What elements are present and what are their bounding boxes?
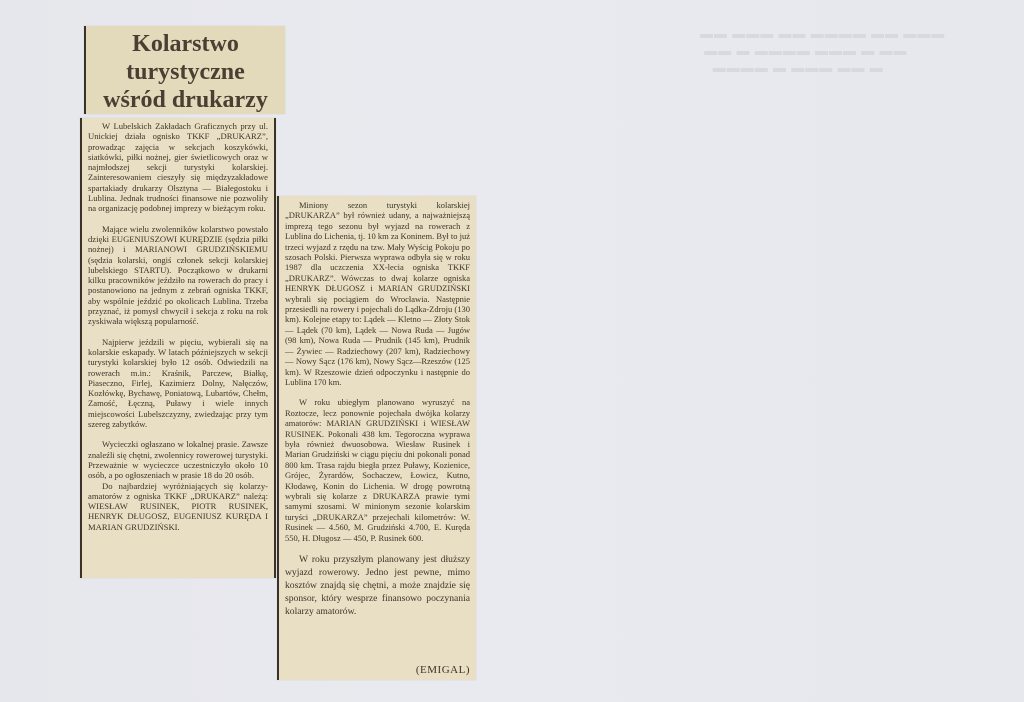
- paragraph: Wycieczki ogłaszano w lokalnej prasie. Z…: [88, 439, 268, 480]
- paragraph: W roku ubiegłym planowano wyruszyć na Ro…: [285, 397, 470, 543]
- article-headline: Kolarstwo turystyczne wśród drukarzy: [86, 30, 285, 114]
- article-column-2: Miniony sezon turystyki kolarskiej „DRUK…: [277, 196, 476, 680]
- headline-line-3: wśród drukarzy: [86, 86, 285, 114]
- article-column-1: W Lubelskich Zakładach Graficznych przy …: [80, 118, 276, 578]
- paragraph: W roku przyszłym planowany jest dłuższy …: [285, 553, 470, 618]
- bleed-through-text: ▬▬ ▬▬▬ ▬▬ ▬▬▬▬ ▬▬ ▬▬▬ ▬▬ ▬ ▬▬▬▬ ▬▬▬ ▬ ▬▬…: [700, 25, 1000, 76]
- paragraph: W Lubelskich Zakładach Graficznych przy …: [88, 121, 268, 214]
- paragraph: Do najbardziej wyróżniających się kolarz…: [88, 481, 268, 532]
- headline-line-1: Kolarstwo: [86, 30, 285, 58]
- paragraph: Miniony sezon turystyki kolarskiej „DRUK…: [285, 200, 470, 387]
- author-signature: (EMIGAL): [416, 664, 470, 676]
- paragraph: Mające wielu zwolenników kolarstwo powst…: [88, 224, 268, 327]
- headline-clipping: Kolarstwo turystyczne wśród drukarzy: [84, 26, 285, 114]
- headline-line-2: turystyczne: [86, 58, 285, 86]
- paragraph: Najpierw jeździli w pięciu, wybierali si…: [88, 337, 268, 430]
